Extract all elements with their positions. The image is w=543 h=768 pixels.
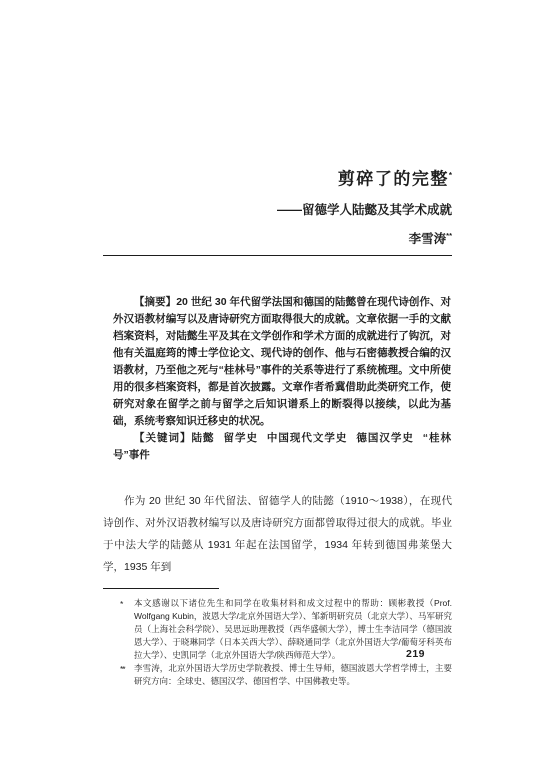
- title-footnote-mark: *: [449, 171, 452, 180]
- footnote-text: 李雪涛，北京外国语大学历史学院教授、博士生导师，德国波恩大学哲学博士，主要研究方…: [134, 662, 452, 688]
- abstract-text: 20 世纪 30 年代留学法国和德国的陆懿曾在现代诗创作、对外汉语教材编写以及唐…: [113, 296, 451, 427]
- footnote-mark: *: [120, 597, 134, 611]
- footnote-item: * 本文感谢以下诸位先生和同学在收集材料和成文过程中的帮助：顾彬教授（Prof.…: [120, 597, 452, 662]
- article-title-text: 剪碎了的完整: [338, 170, 449, 189]
- author-line: 李雪涛**: [103, 228, 452, 247]
- keywords-label: 【关键词】: [134, 432, 192, 444]
- keyword-item: 中国现代文学史: [267, 432, 348, 444]
- page-number: 219: [406, 648, 425, 660]
- footnote-item: ** 李雪涛，北京外国语大学历史学院教授、博士生导师，德国波恩大学哲学博士，主要…: [120, 662, 452, 688]
- footnote-separator: [103, 588, 219, 589]
- footnote-text: 本文感谢以下诸位先生和同学在收集材料和成文过程中的帮助：顾彬教授（Prof. W…: [134, 597, 452, 662]
- abstract-paragraph: 【摘要】20 世纪 30 年代留学法国和德国的陆懿曾在现代诗创作、对外汉语教材编…: [113, 294, 451, 430]
- author-name: 李雪涛: [409, 232, 447, 246]
- footnotes: * 本文感谢以下诸位先生和同学在收集材料和成文过程中的帮助：顾彬教授（Prof.…: [103, 597, 452, 688]
- article-title: 剪碎了的完整*: [103, 165, 452, 191]
- footnote-mark: **: [120, 662, 134, 676]
- keyword-item: 德国汉学史: [356, 432, 414, 444]
- journal-page: 剪碎了的完整* ——留德学人陆懿及其学术成就 李雪涛** 【摘要】20 世纪 3…: [0, 0, 543, 768]
- page-content: 剪碎了的完整* ——留德学人陆懿及其学术成就 李雪涛** 【摘要】20 世纪 3…: [103, 0, 452, 688]
- abstract-block: 【摘要】20 世纪 30 年代留学法国和德国的陆懿曾在现代诗创作、对外汉语教材编…: [113, 294, 451, 464]
- header-rule: [103, 255, 452, 256]
- keywords-line: 【关键词】陆懿留学史中国现代文学史德国汉学史“桂林号”事件: [113, 430, 451, 464]
- author-footnote-mark: **: [446, 231, 452, 240]
- keyword-item: 陆懿: [192, 432, 215, 444]
- keyword-item: 留学史: [223, 432, 258, 444]
- article-subtitle: ——留德学人陆懿及其学术成就: [103, 202, 452, 218]
- abstract-label: 【摘要】: [134, 296, 176, 308]
- body-paragraph: 作为 20 世纪 30 年代留法、留德学人的陆懿（1910～1938），在现代诗…: [103, 490, 452, 578]
